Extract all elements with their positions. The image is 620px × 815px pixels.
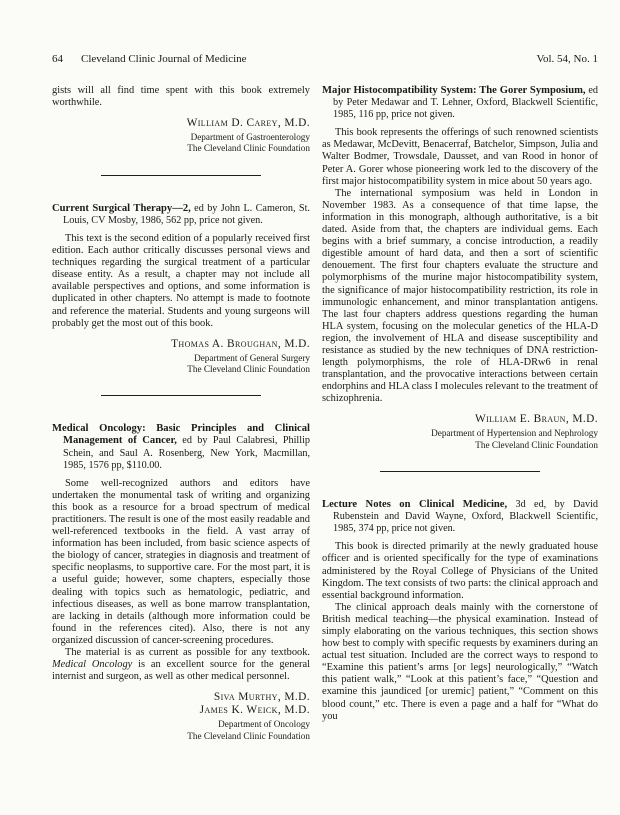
journal-page: 64 Cleveland Clinic Journal of Medicine … — [0, 0, 620, 742]
reviewer-signature: James K. Weick, M.D. — [52, 704, 310, 717]
book-title-lecture-notes: Lecture Notes on Clinical Medicine, 3d e… — [322, 499, 598, 535]
reviewer-affiliation: The Cleveland Clinic Foundation — [52, 731, 310, 742]
reviewer-affiliation: Department of Hypertension and Nephrolog… — [322, 428, 598, 439]
reviewer-signature: Siva Murthy, M.D. — [52, 691, 310, 704]
reviewer-affiliation: The Cleveland Clinic Foundation — [52, 364, 310, 375]
book-title-text: Lecture Notes on Clinical Medicine, — [322, 499, 507, 510]
review-paragraph: The material is as current as possible f… — [52, 647, 310, 683]
paragraph-text: The material is as current as possible f… — [65, 647, 310, 658]
reviewer-signature: William E. Braun, M.D. — [322, 413, 598, 426]
reviewer-signature: William D. Carey, M.D. — [52, 117, 310, 130]
right-column: Major Histocompatibility System: The Gor… — [322, 85, 598, 742]
section-divider — [101, 395, 261, 396]
book-title-text: Major Histocompatibility System: The Gor… — [322, 85, 586, 96]
review-paragraph: This text is the second edition of a pop… — [52, 233, 310, 330]
signature-block-murthy-weick: Siva Murthy, M.D. James K. Weick, M.D. D… — [52, 691, 310, 742]
header-left: 64 Cleveland Clinic Journal of Medicine — [52, 52, 247, 66]
book-title-current-surgical-therapy: Current Surgical Therapy—2, ed by John L… — [52, 203, 310, 227]
book-title-gorer-symposium: Major Histocompatibility System: The Gor… — [322, 85, 598, 121]
review-continuation-text: gists will all find time spent with this… — [52, 85, 310, 109]
reviewer-affiliation: The Cleveland Clinic Foundation — [322, 440, 598, 451]
reviewer-affiliation: Department of Gastroenterology — [52, 132, 310, 143]
reviewer-affiliation: Department of General Surgery — [52, 353, 310, 364]
review-paragraph: The clinical approach deals mainly with … — [322, 602, 598, 723]
two-column-body: gists will all find time spent with this… — [52, 85, 598, 742]
page-number: 64 — [52, 52, 63, 66]
section-divider — [380, 471, 540, 472]
book-title-text: Current Surgical Therapy—2, — [52, 203, 191, 214]
signature-block-braun: William E. Braun, M.D. Department of Hyp… — [322, 413, 598, 451]
journal-title: Cleveland Clinic Journal of Medicine — [81, 52, 247, 66]
issue-label: Vol. 54, No. 1 — [536, 52, 598, 66]
review-paragraph: Some well-recognized authors and editors… — [52, 478, 310, 647]
left-column: gists will all find time spent with this… — [52, 85, 310, 742]
signature-block-broughan: Thomas A. Broughan, M.D. Department of G… — [52, 338, 310, 376]
reviewer-signature: Thomas A. Broughan, M.D. — [52, 338, 310, 351]
book-title-medical-oncology: Medical Oncology: Basic Principles and C… — [52, 423, 310, 471]
reviewer-affiliation: Department of Oncology — [52, 719, 310, 730]
section-divider — [101, 175, 261, 176]
review-paragraph: This book represents the offerings of su… — [322, 127, 598, 187]
reviewer-affiliation: The Cleveland Clinic Foundation — [52, 143, 310, 154]
review-paragraph: This book is directed primarily at the n… — [322, 541, 598, 601]
signature-block-carey: William D. Carey, M.D. Department of Gas… — [52, 117, 310, 155]
book-title-italic: Medical Oncology — [52, 659, 132, 670]
review-paragraph: The international symposium was held in … — [322, 188, 598, 406]
page-header: 64 Cleveland Clinic Journal of Medicine … — [52, 52, 598, 66]
